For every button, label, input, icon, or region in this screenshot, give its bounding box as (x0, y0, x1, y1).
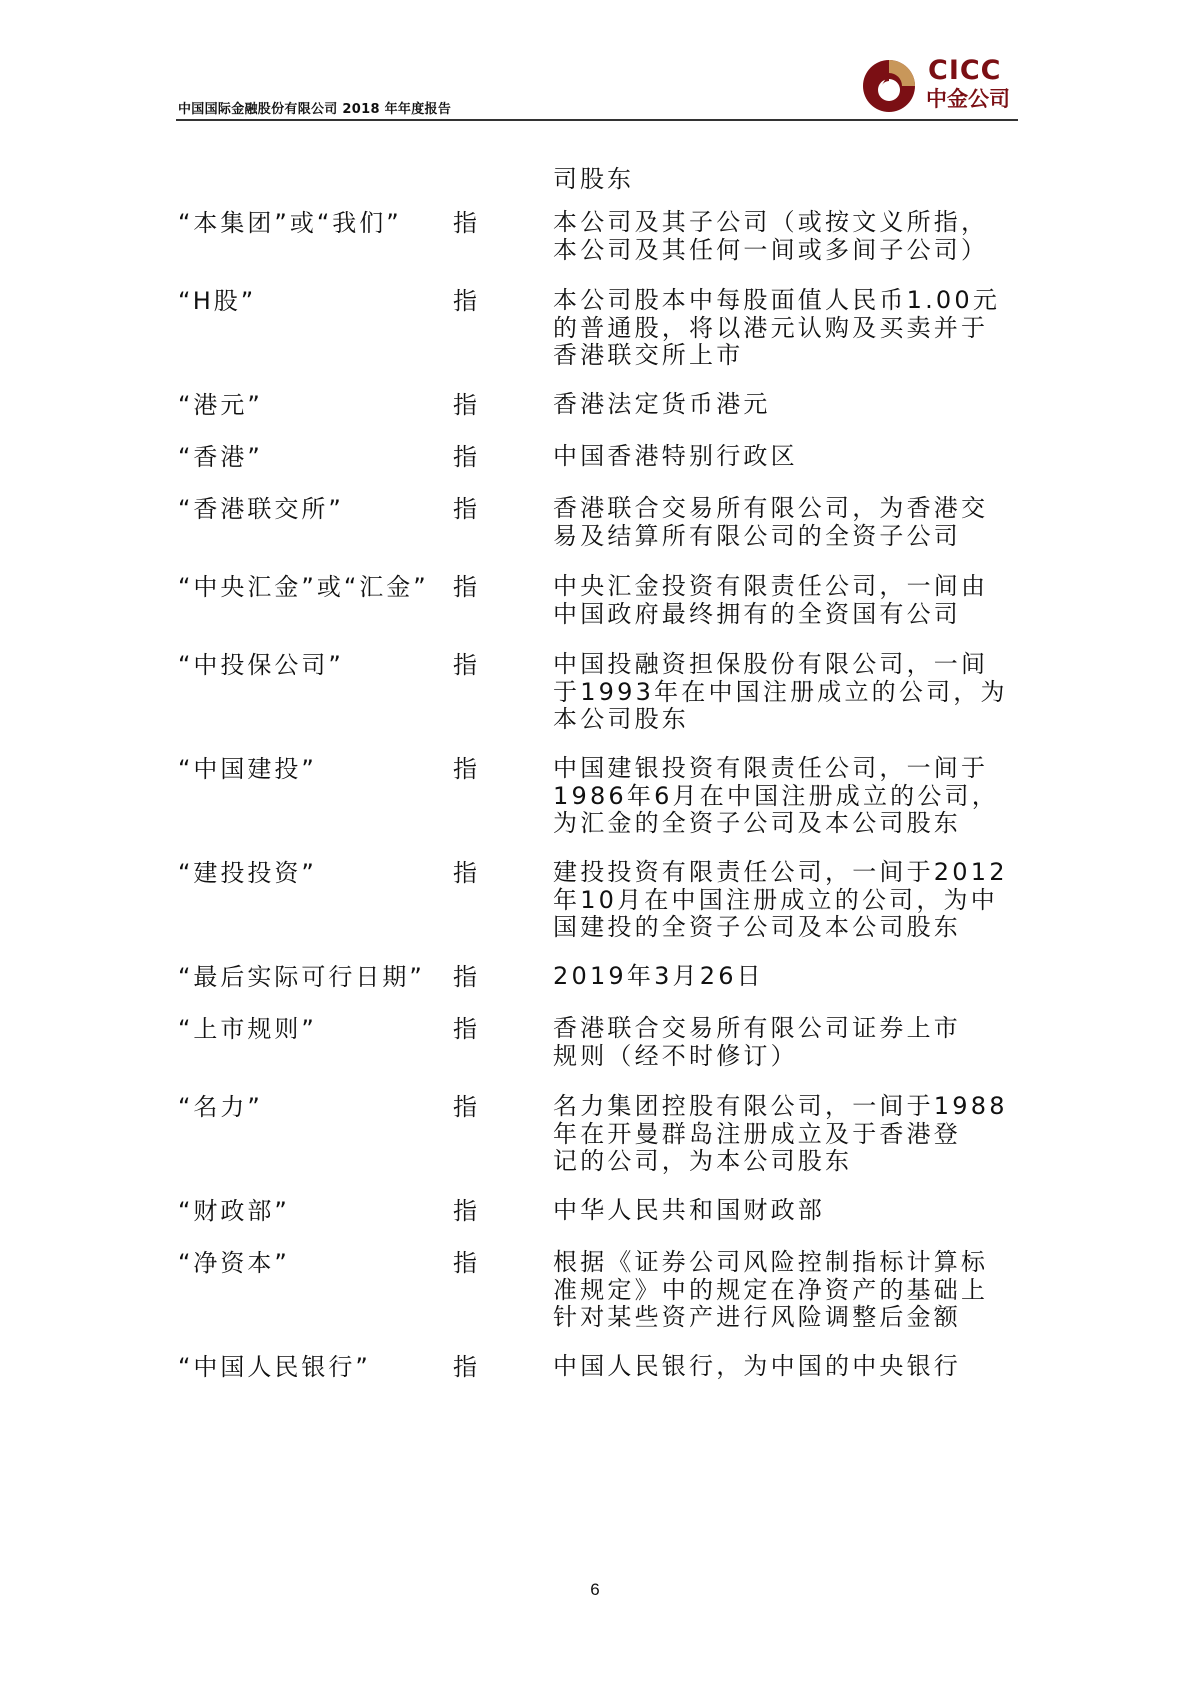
definition-term: “净资本” (178, 1249, 290, 1277)
definition-term: “建投投资” (178, 859, 317, 887)
logo-text-en: CICC (928, 57, 1002, 85)
definition-term: “H股” (178, 287, 256, 315)
definition-text: 2019年3月26日 (553, 963, 1023, 991)
definition-text: 名力集团控股有限公司，一间于1988 年在开曼群岛注册成立及于香港登 记的公司，… (553, 1093, 1023, 1176)
definition-term: “中投保公司” (178, 651, 344, 679)
definition-text: 香港联合交易所有限公司，为香港交 易及结算所有限公司的全资子公司 (553, 495, 1023, 550)
means-label: 指 (453, 1093, 477, 1121)
definition-term: “财政部” (178, 1197, 290, 1225)
definition-text: 香港联合交易所有限公司证券上市 规则（经不时修订） (553, 1015, 1023, 1070)
definition-text: 中国人民银行，为中国的中央银行 (553, 1353, 1023, 1381)
definition-term: “中国人民银行” (178, 1353, 371, 1381)
means-label: 指 (453, 1353, 477, 1381)
continuation-text: 司股东 (553, 165, 634, 193)
definition-text: 本公司股本中每股面值人民币1.00元 的普通股，将以港元认购及买卖并于 香港联交… (553, 287, 1023, 370)
header-divider (176, 119, 1018, 121)
definition-text: 香港法定货币港元 (553, 391, 1023, 419)
means-label: 指 (453, 1249, 477, 1277)
definition-text: 建投投资有限责任公司，一间于2012 年10月在中国注册成立的公司，为中 国建投… (553, 859, 1023, 942)
definition-term: “香港” (178, 443, 263, 471)
page-number: 6 (0, 1580, 1190, 1600)
cicc-logo-icon (862, 59, 916, 113)
definition-term: “本集团”或“我们” (178, 209, 402, 237)
means-label: 指 (453, 859, 477, 887)
means-label: 指 (453, 573, 477, 601)
logo-text-cn: 中金公司 (926, 86, 1010, 112)
definition-term: “上市规则” (178, 1015, 317, 1043)
means-label: 指 (453, 651, 477, 679)
means-label: 指 (453, 287, 477, 315)
definition-text: 中国建银投资有限责任公司，一间于 1986年6月在中国注册成立的公司， 为汇金的… (553, 755, 1023, 838)
means-label: 指 (453, 1197, 477, 1225)
definition-term: “港元” (178, 391, 263, 419)
means-label: 指 (453, 1015, 477, 1043)
definition-term: “中国建投” (178, 755, 317, 783)
means-label: 指 (453, 391, 477, 419)
definition-term: “香港联交所” (178, 495, 344, 523)
means-label: 指 (453, 495, 477, 523)
means-label: 指 (453, 209, 477, 237)
definition-text: 中央汇金投资有限责任公司，一间由 中国政府最终拥有的全资国有公司 (553, 573, 1023, 628)
definition-text: 中华人民共和国财政部 (553, 1197, 1023, 1225)
means-label: 指 (453, 443, 477, 471)
definition-term: “名力” (178, 1093, 263, 1121)
definition-term: “中央汇金”或“汇金” (178, 573, 429, 601)
report-header-title: 中国国际金融股份有限公司 2018 年年度报告 (178, 98, 451, 117)
definition-text: 中国香港特别行政区 (553, 443, 1023, 471)
definition-text: 中国投融资担保股份有限公司，一间 于1993年在中国注册成立的公司，为 本公司股… (553, 651, 1023, 734)
definition-term: “最后实际可行日期” (178, 963, 425, 991)
cicc-logo: CICC 中金公司 (862, 57, 1022, 115)
definition-text: 本公司及其子公司（或按文义所指， 本公司及其任何一间或多间子公司） (553, 209, 1023, 264)
means-label: 指 (453, 755, 477, 783)
means-label: 指 (453, 963, 477, 991)
definition-text: 根据《证券公司风险控制指标计算标 准规定》中的规定在净资产的基础上 针对某些资产… (553, 1249, 1023, 1332)
